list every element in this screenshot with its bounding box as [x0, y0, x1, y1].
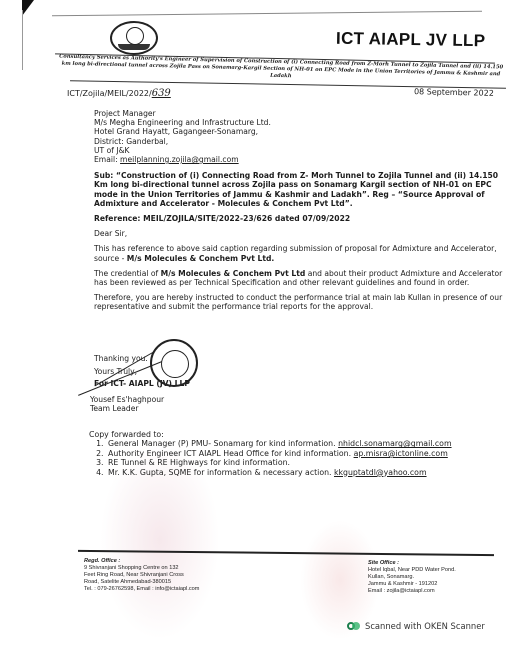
- copy-item-text: Mr. K.K. Gupta, SQME for information & n…: [108, 468, 334, 477]
- salutation: Dear Sir,: [94, 229, 504, 238]
- site-office-line: Email : zojila@ictaiapl.com: [368, 588, 456, 595]
- copy-list-item: RE Tunnel & RE Highways for kind informa…: [106, 458, 452, 467]
- site-office-line: Hotel Iqbal, Near PDD Water Pond.: [368, 567, 456, 574]
- regd-office-line: Tel. : 079-26762598, Email : info@ictaia…: [84, 586, 199, 593]
- signer-name: Yousef Es'haghpour: [90, 395, 164, 404]
- scanner-watermark: Scanned with OKEN Scanner: [347, 621, 485, 631]
- subject-label: Sub:: [94, 171, 116, 180]
- regd-office-line: Road, Satelite Ahmedabad-380015: [84, 579, 199, 586]
- paragraph-3: Therefore, you are hereby instructed to …: [94, 293, 504, 311]
- recipient-line: M/s Megha Engineering and Infrastructure…: [94, 118, 504, 127]
- copy-list-item: General Manager (P) PMU- Sonamarg for ki…: [106, 439, 452, 448]
- site-office-line: Kullan, Sonamarg.: [368, 574, 456, 581]
- supplier-name: M/s Molecules & Conchem Pvt Ltd.: [127, 254, 275, 263]
- paragraph-2: The credential of M/s Molecules & Conche…: [94, 269, 504, 287]
- letter-reference-number: ICT/Zojila/MEIL/2022/639: [67, 88, 171, 99]
- recipient-address: Project Manager M/s Megha Engineering an…: [94, 109, 504, 164]
- recipient-line: UT of J&K: [94, 146, 504, 155]
- regd-office-line: 9 Shivranjani Shopping Centre on 132: [84, 565, 199, 572]
- oken-logo-icon: [347, 622, 359, 630]
- copy-heading: Copy forwarded to:: [89, 430, 452, 439]
- copy-item-email-link[interactable]: kkguptatdl@yahoo.com: [334, 468, 427, 477]
- letter-body: Project Manager M/s Megha Engineering an…: [94, 109, 504, 312]
- copy-list: General Manager (P) PMU- Sonamarg for ki…: [89, 439, 452, 477]
- top-rule: [52, 11, 482, 17]
- reference-prefix: ICT/Zojila/MEIL/2022/: [67, 89, 152, 98]
- regd-office-label: Regd. Office :: [84, 558, 199, 565]
- recipient-line: District: Ganderbal,: [94, 137, 504, 146]
- registered-office: Regd. Office : 9 Shivranjani Shopping Ce…: [84, 558, 199, 593]
- recipient-email-link[interactable]: meilplanning.zojila@gmail.com: [120, 155, 239, 164]
- site-office: Site Office : Hotel Iqbal, Near PDD Wate…: [368, 560, 456, 595]
- scan-corner-fold: [22, 0, 34, 16]
- subject-text: “Construction of (i) Connecting Road fro…: [94, 171, 498, 208]
- scanner-watermark-text: Scanned with OKEN Scanner: [365, 621, 485, 631]
- copy-item-text: Authority Engineer ICT AIAPL Head Office…: [108, 449, 354, 458]
- company-logo-icon: [110, 21, 158, 55]
- recipient-line: Hotel Grand Hayatt, Gagangeer-Sonamarg,: [94, 127, 504, 136]
- copy-item-text: General Manager (P) PMU- Sonamarg for ki…: [108, 439, 338, 448]
- scan-page-edge: [22, 10, 23, 70]
- paragraph-1: This has reference to above said caption…: [94, 244, 504, 262]
- signer-title: Team Leader: [90, 404, 164, 413]
- reference-handwritten-number: 639: [152, 88, 171, 99]
- copy-forwarded-block: Copy forwarded to: General Manager (P) P…: [89, 430, 452, 477]
- paragraph-text: The credential of: [94, 269, 161, 278]
- letter-date: 08 September 2022: [414, 87, 494, 98]
- copy-item-text: RE Tunnel & RE Highways for kind informa…: [108, 458, 290, 467]
- signer-block: Yousef Es'haghpour Team Leader: [90, 395, 164, 413]
- recipient-email-line: Email: meilplanning.zojila@gmail.com: [94, 155, 504, 164]
- site-office-line: Jammu & Kashmir - 191202: [368, 581, 456, 588]
- subject-line: Sub: “Construction of (i) Connecting Roa…: [94, 171, 504, 208]
- copy-item-email-link[interactable]: nhidcl.sonamarg@gmail.com: [338, 439, 451, 448]
- copy-item-email-link[interactable]: ap.misra@ictonline.com: [354, 449, 448, 458]
- copy-list-item: Mr. K.K. Gupta, SQME for information & n…: [106, 468, 452, 477]
- copy-list-item: Authority Engineer ICT AIAPL Head Office…: [106, 449, 452, 458]
- company-name: ICT AIAPL JV LLP: [336, 29, 486, 52]
- site-office-label: Site Office :: [368, 560, 456, 567]
- reference-line: Reference: MEIL/ZOJILA/SITE/2022-23/626 …: [94, 214, 504, 223]
- recipient-line: Project Manager: [94, 109, 504, 118]
- supplier-name: M/s Molecules & Conchem Pvt Ltd: [161, 269, 306, 278]
- regd-office-line: Feet Ring Road, Near Shivranjani Cross: [84, 572, 199, 579]
- email-label: Email:: [94, 155, 120, 164]
